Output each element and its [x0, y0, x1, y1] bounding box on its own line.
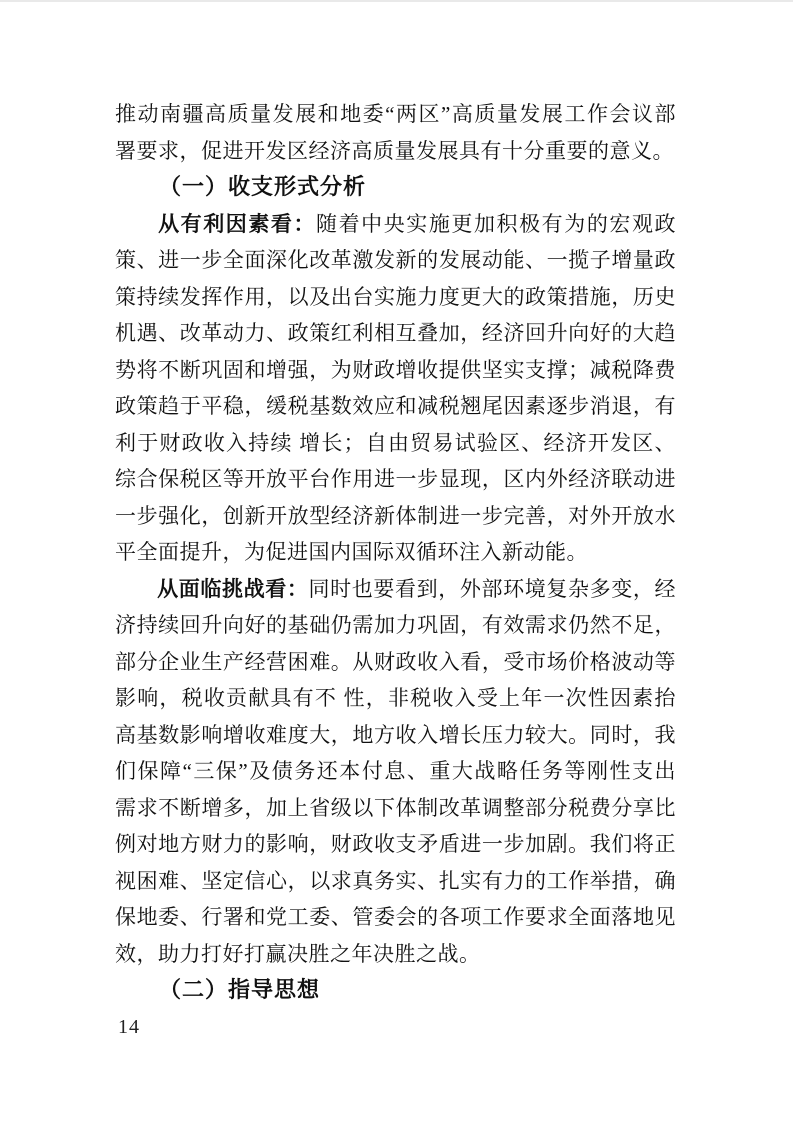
text-line: 济持续回升向好的基础仍需加力巩固，有效需求仍然不足，	[115, 607, 676, 644]
text-line: 例对地方财力的影响，财政收支矛盾进一步加剧。我们将正	[115, 826, 676, 863]
text-line: 需求不断增多，加上省级以下体制改革调整部分税费分享比	[115, 790, 676, 827]
text-line: 推动南疆高质量发展和地委“两区”高质量发展工作会议部	[115, 96, 676, 133]
paragraph-lead: 从有利因素看：	[157, 212, 316, 236]
text-line: 策、进一步全面深化改革激发新的发展动能、一揽子增量政	[115, 242, 676, 279]
text-line: 从面临挑战看：同时也要看到，外部环境复杂多变，经	[115, 571, 676, 608]
text-line: 保地委、行署和党工委、管委会的各项工作要求全面落地见	[115, 899, 676, 936]
text-line: 综合保税区等开放平台作用进一步显现，区内外经济联动进	[115, 461, 676, 498]
document-body: 推动南疆高质量发展和地委“两区”高质量发展工作会议部署要求，促进开发区经济高质量…	[115, 96, 676, 1009]
text-line: 高基数影响增收难度大，地方收入增长压力较大。同时，我	[115, 717, 676, 754]
text-line: 从有利因素看：随着中央实施更加积极有为的宏观政	[115, 206, 676, 243]
text-line: 势将不断巩固和增强，为财政增收提供坚实支撑；减税降费	[115, 352, 676, 389]
text-line: 政策趋于平稳，缓税基数效应和减税翘尾因素逐步消退，有	[115, 388, 676, 425]
paragraph-indent	[115, 230, 157, 231]
text-line: 们保障“三保”及债务还本付息、重大战略任务等刚性支出	[115, 753, 676, 790]
document-page: 推动南疆高质量发展和地委“两区”高质量发展工作会议部署要求，促进开发区经济高质量…	[0, 0, 793, 1122]
page-number: 14	[118, 1012, 140, 1042]
text-line: 利于财政收入持续 增长；自由贸易试验区、经济开发区、	[115, 425, 676, 462]
text-line: 一步强化，创新开放型经济新体制进一步完善，对外开放水	[115, 498, 676, 535]
text-line: 机遇、改革动力、政策红利相互叠加，经济回升向好的大趋	[115, 315, 676, 352]
text-line: 效，助力打好打赢决胜之年决胜之战。	[115, 936, 676, 973]
section-heading: （二）指导思想	[115, 972, 676, 1009]
text-line: 平全面提升，为促进国内国际双循环注入新动能。	[115, 534, 676, 571]
section-heading: （一）收支形式分析	[115, 169, 676, 206]
text-line: 策持续发挥作用，以及出台实施力度更大的政策措施，历史	[115, 279, 676, 316]
text-line: 视困难、坚定信心，以求真务实、扎实有力的工作举措，确	[115, 863, 676, 900]
paragraph-indent	[115, 595, 157, 596]
text-line: 影响，税收贡献具有不 性，非税收入受上年一次性因素抬	[115, 680, 676, 717]
text-line: 部分企业生产经营困难。从财政收入看，受市场价格波动等	[115, 644, 676, 681]
text-line: 署要求，促进开发区经济高质量发展具有十分重要的意义。	[115, 133, 676, 170]
paragraph-lead: 从面临挑战看：	[157, 577, 309, 601]
